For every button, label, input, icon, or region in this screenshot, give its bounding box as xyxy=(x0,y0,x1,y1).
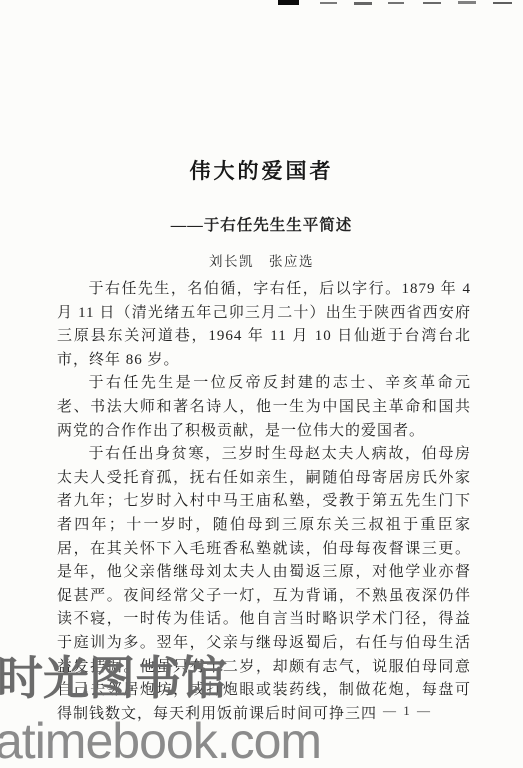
page-subtitle: ——于右任先生生平简述 xyxy=(0,213,523,235)
page-edge-mark xyxy=(458,1,476,4)
page-edge-mark xyxy=(493,2,512,4)
authors-line: 刘长凯 张应选 xyxy=(0,250,523,270)
page-number: — 1 — xyxy=(383,703,432,719)
page-edge-mark xyxy=(423,2,441,4)
body-paragraph: 于右任先生是一位反帝反封建的志士、辛亥革命元老、书法大师和著名诗人，他一生为中国… xyxy=(57,372,471,443)
watermark-chinese-text: 时光图书馆 xyxy=(0,652,227,705)
page-edge-mark xyxy=(278,0,299,5)
watermark-domain-text: atimebook.com xyxy=(0,714,321,768)
page-title: 伟大的爱国者 xyxy=(0,155,523,185)
page-edge-mark xyxy=(388,2,404,4)
body-paragraph: 于右任先生，名伯循，字右任，后以字行。1879 年 4 月 11 日（清光绪五年… xyxy=(57,278,471,372)
scanned-book-page: 伟大的爱国者 ——于右任先生生平简述 刘长凯 张应选 于右任先生，名伯循，字右任… xyxy=(0,0,523,768)
scan-edge-marks xyxy=(0,0,523,8)
page-edge-mark xyxy=(320,2,337,4)
page-edge-mark xyxy=(354,2,372,5)
